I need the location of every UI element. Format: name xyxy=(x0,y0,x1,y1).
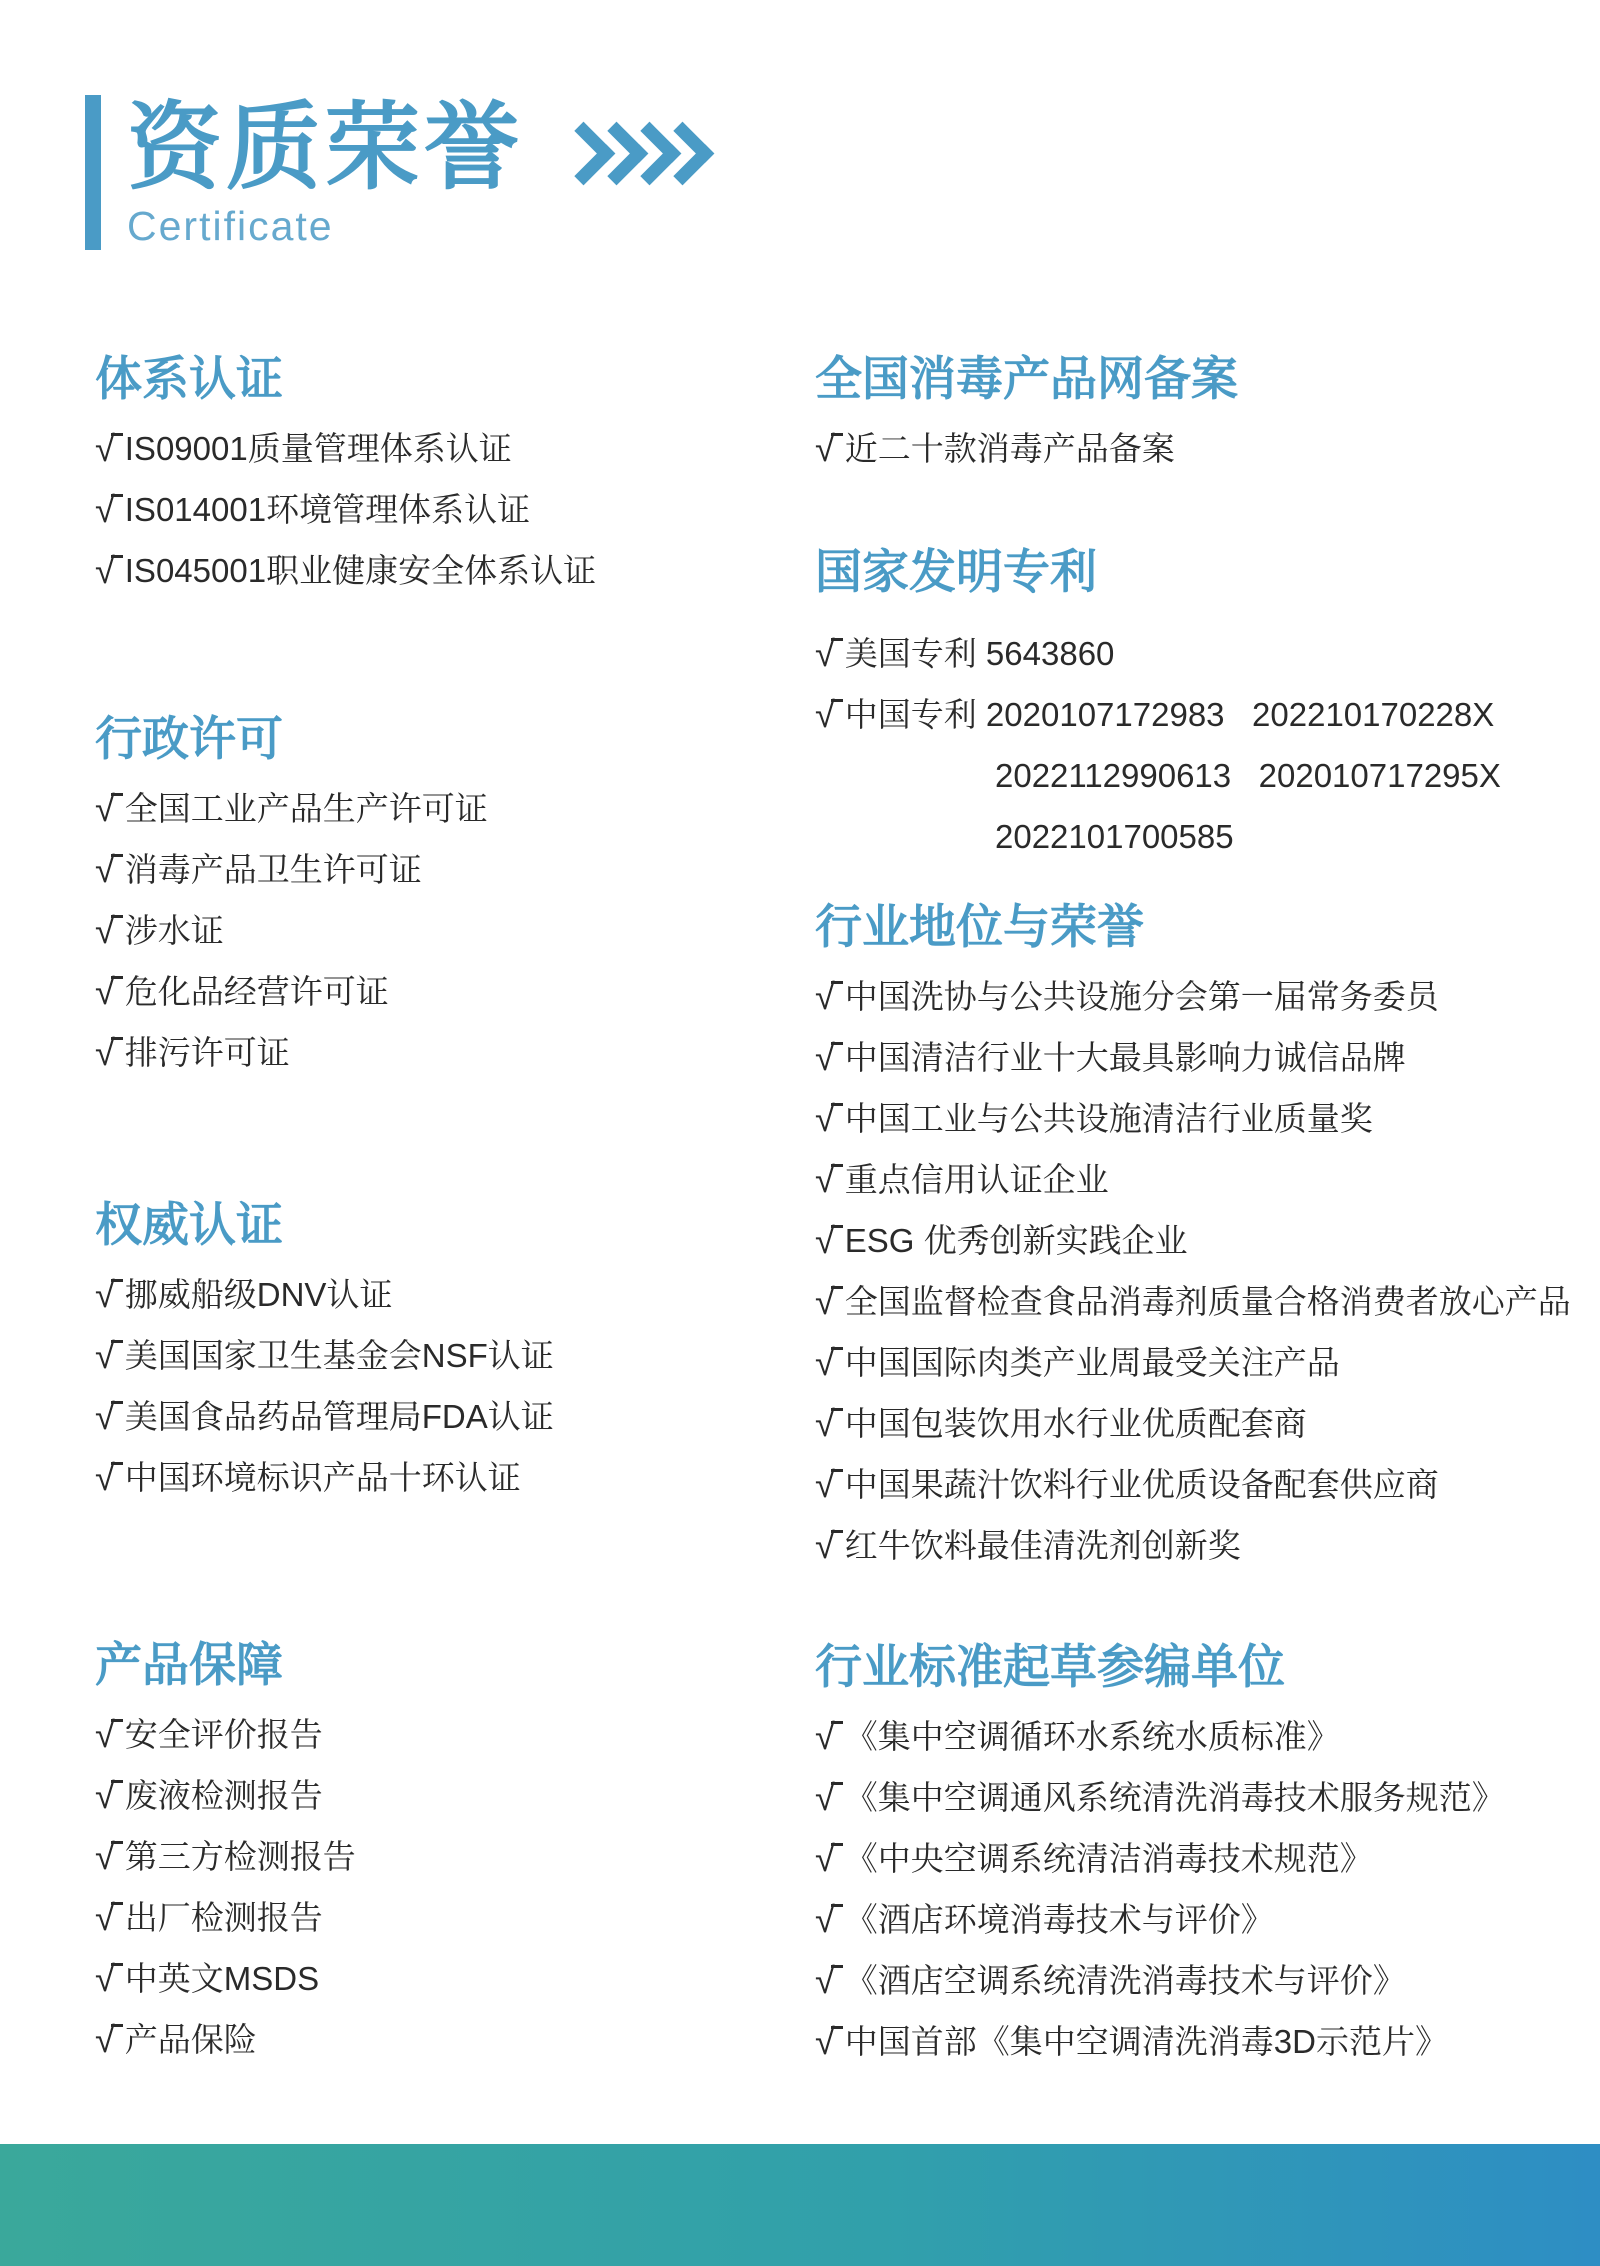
list-item: √IS09001质量管理体系认证 xyxy=(95,428,755,469)
check-icon: √ xyxy=(95,1274,115,1315)
item-text: 出厂检测报告 xyxy=(125,1897,323,1938)
check-icon: √ xyxy=(815,1281,835,1322)
item-text: 中国环境标识产品十环认证 xyxy=(125,1457,521,1498)
check-icon: √ xyxy=(815,1403,835,1444)
section-industry-status-honors: 行业地位与荣誉 √中国洗协与公共设施分会第一届常务委员√中国清洁行业十大最具影响… xyxy=(815,900,1575,1586)
check-icon: √ xyxy=(95,910,115,951)
list-item: √中国洗协与公共设施分会第一届常务委员 xyxy=(815,976,1575,1017)
check-icon: √ xyxy=(95,1897,115,1938)
item-text: 全国监督检查食品消毒剂质量合格消费者放心产品 xyxy=(845,1281,1571,1322)
section-items: √美国专利 5643860√中国专利 2020107172983 2022101… xyxy=(815,633,1575,857)
check-icon: √ xyxy=(95,1958,115,1999)
item-text: 近二十款消毒产品备案 xyxy=(845,428,1175,469)
list-item: √中国果蔬汁饮料行业优质设备配套供应商 xyxy=(815,1464,1575,1505)
list-item: √消毒产品卫生许可证 xyxy=(95,849,755,890)
list-item: √《酒店环境消毒技术与评价》 xyxy=(815,1899,1575,1940)
check-icon: √ xyxy=(815,633,835,674)
item-text: 美国食品药品管理局FDA认证 xyxy=(125,1396,554,1437)
check-icon: √ xyxy=(815,694,835,735)
section-disinfection-product-registration: 全国消毒产品网备案 √近二十款消毒产品备案 xyxy=(815,352,1575,489)
check-icon: √ xyxy=(815,1777,835,1818)
list-item: √IS045001职业健康安全体系认证 xyxy=(95,550,755,591)
section-items: √全国工业产品生产许可证√消毒产品卫生许可证√涉水证√危化品经营许可证√排污许可… xyxy=(95,788,755,1073)
page-header: 资质荣誉 Certificate xyxy=(85,95,705,250)
check-icon: √ xyxy=(815,2021,835,2062)
check-icon: √ xyxy=(815,1464,835,1505)
section-items: √近二十款消毒产品备案 xyxy=(815,428,1575,469)
section-title: 体系认证 xyxy=(95,352,755,406)
check-icon: √ xyxy=(815,1159,835,1200)
item-text: 中国包装饮用水行业优质配套商 xyxy=(845,1403,1307,1444)
section-items: √《集中空调循环水系统水质标准》√《集中空调通风系统清洗消毒技术服务规范》√《中… xyxy=(815,1716,1575,2062)
list-item: √《中央空调系统清洁消毒技术规范》 xyxy=(815,1838,1575,1879)
item-text: 中英文MSDS xyxy=(125,1958,319,1999)
item-text: IS09001质量管理体系认证 xyxy=(125,428,512,469)
check-icon: √ xyxy=(95,849,115,890)
check-icon: √ xyxy=(815,1716,835,1757)
item-text: 涉水证 xyxy=(125,910,224,951)
item-text: 《酒店空调系统清洗消毒技术与评价》 xyxy=(845,1960,1406,2001)
list-item: √中英文MSDS xyxy=(95,1958,755,1999)
check-icon: √ xyxy=(95,1032,115,1073)
check-icon: √ xyxy=(95,1396,115,1437)
section-title: 权威认证 xyxy=(95,1198,755,1252)
list-item: √第三方检测报告 xyxy=(95,1836,755,1877)
item-text: 中国清洁行业十大最具影响力诚信品牌 xyxy=(845,1037,1406,1078)
item-text: ESG 优秀创新实践企业 xyxy=(845,1220,1188,1261)
item-text: 中国洗协与公共设施分会第一届常务委员 xyxy=(845,976,1439,1017)
list-item: √《酒店空调系统清洗消毒技术与评价》 xyxy=(815,1960,1575,2001)
list-item: √涉水证 xyxy=(95,910,755,951)
certificate-page: 资质荣誉 Certificate 体系认证 √IS09001质量管理体系认证√I… xyxy=(0,0,1600,2266)
chevrons-right-icon xyxy=(561,131,705,176)
list-item: √美国专利 5643860 xyxy=(815,633,1575,674)
bottom-gradient-bar xyxy=(0,2144,1600,2266)
item-text: 中国果蔬汁饮料行业优质设备配套供应商 xyxy=(845,1464,1439,1505)
section-items: √IS09001质量管理体系认证√IS014001环境管理体系认证√IS0450… xyxy=(95,428,755,591)
item-text: 2022101700585 xyxy=(995,816,1234,857)
item-text: 《集中空调通风系统清洗消毒技术服务规范》 xyxy=(845,1777,1505,1818)
item-text: 排污许可证 xyxy=(125,1032,290,1073)
list-item: √ESG 优秀创新实践企业 xyxy=(815,1220,1575,1261)
item-text: 中国工业与公共设施清洁行业质量奖 xyxy=(845,1098,1373,1139)
section-system-certs: 体系认证 √IS09001质量管理体系认证√IS014001环境管理体系认证√I… xyxy=(95,352,755,611)
check-icon: √ xyxy=(815,1220,835,1261)
list-item: √美国食品药品管理局FDA认证 xyxy=(95,1396,755,1437)
check-icon: √ xyxy=(95,1714,115,1755)
check-icon: √ xyxy=(95,788,115,829)
list-item: √中国工业与公共设施清洁行业质量奖 xyxy=(815,1098,1575,1139)
list-item: √安全评价报告 xyxy=(95,1714,755,1755)
check-icon: √ xyxy=(95,550,115,591)
item-text: IS014001环境管理体系认证 xyxy=(125,489,530,530)
title-accent-bar xyxy=(85,95,101,250)
list-item: √挪威船级DNV认证 xyxy=(95,1274,755,1315)
page-title: 资质荣誉 xyxy=(127,95,523,201)
list-item: √危化品经营许可证 xyxy=(95,971,755,1012)
item-text: 挪威船级DNV认证 xyxy=(125,1274,393,1315)
check-icon: √ xyxy=(815,1899,835,1940)
check-icon: √ xyxy=(95,489,115,530)
section-title: 国家发明专利 xyxy=(815,545,1575,599)
check-icon: √ xyxy=(95,1335,115,1376)
item-text: 安全评价报告 xyxy=(125,1714,323,1755)
check-icon: √ xyxy=(95,428,115,469)
section-title: 全国消毒产品网备案 xyxy=(815,352,1575,406)
list-item: √IS014001环境管理体系认证 xyxy=(95,489,755,530)
check-icon: √ xyxy=(95,971,115,1012)
item-text: 红牛饮料最佳清洗剂创新奖 xyxy=(845,1525,1241,1566)
section-title: 行政许可 xyxy=(95,712,755,766)
check-icon: √ xyxy=(95,1836,115,1877)
section-product-assurance: 产品保障 √安全评价报告√废液检测报告√第三方检测报告√出厂检测报告√中英文MS… xyxy=(95,1638,755,2080)
item-text: 危化品经营许可证 xyxy=(125,971,389,1012)
section-items: √安全评价报告√废液检测报告√第三方检测报告√出厂检测报告√中英文MSDS√产品… xyxy=(95,1714,755,2060)
check-icon: √ xyxy=(815,428,835,469)
item-text: 2022112990613 202010717295X xyxy=(995,755,1501,796)
title-texts: 资质荣誉 Certificate xyxy=(127,95,705,250)
item-text: 《中央空调系统清洁消毒技术规范》 xyxy=(845,1838,1373,1879)
section-items: √中国洗协与公共设施分会第一届常务委员√中国清洁行业十大最具影响力诚信品牌√中国… xyxy=(815,976,1575,1566)
item-text: IS045001职业健康安全体系认证 xyxy=(125,550,596,591)
item-text: 第三方检测报告 xyxy=(125,1836,356,1877)
check-icon: √ xyxy=(815,1525,835,1566)
section-industry-standards-drafting: 行业标准起草参编单位 √《集中空调循环水系统水质标准》√《集中空调通风系统清洗消… xyxy=(815,1640,1575,2082)
list-item: √中国环境标识产品十环认证 xyxy=(95,1457,755,1498)
list-item: √中国国际肉类产业周最受关注产品 xyxy=(815,1342,1575,1383)
list-item: √红牛饮料最佳清洗剂创新奖 xyxy=(815,1525,1575,1566)
list-item: √排污许可证 xyxy=(95,1032,755,1073)
item-text: 消毒产品卫生许可证 xyxy=(125,849,422,890)
item-text: 全国工业产品生产许可证 xyxy=(125,788,488,829)
list-item: 2022101700585 xyxy=(815,816,1575,857)
check-icon: √ xyxy=(815,1342,835,1383)
section-title: 行业标准起草参编单位 xyxy=(815,1640,1575,1694)
section-title: 产品保障 xyxy=(95,1638,755,1692)
item-text: 中国专利 2020107172983 202210170228X xyxy=(845,694,1495,735)
list-item: √近二十款消毒产品备案 xyxy=(815,428,1575,469)
item-text: 《集中空调循环水系统水质标准》 xyxy=(845,1716,1340,1757)
list-item: √中国清洁行业十大最具影响力诚信品牌 xyxy=(815,1037,1575,1078)
item-text: 废液检测报告 xyxy=(125,1775,323,1816)
check-icon: √ xyxy=(815,1838,835,1879)
list-item: √重点信用认证企业 xyxy=(815,1159,1575,1200)
title-row: 资质荣誉 xyxy=(127,95,705,201)
section-national-invention-patents: 国家发明专利 √美国专利 5643860√中国专利 2020107172983 … xyxy=(815,545,1575,877)
list-item: √中国专利 2020107172983 202210170228X xyxy=(815,694,1575,735)
section-items: √挪威船级DNV认证√美国国家卫生基金会NSF认证√美国食品药品管理局FDA认证… xyxy=(95,1274,755,1498)
item-text: 美国专利 5643860 xyxy=(845,633,1115,674)
list-item: √出厂检测报告 xyxy=(95,1897,755,1938)
list-item: 2022112990613 202010717295X xyxy=(815,755,1575,796)
list-item: √中国包装饮用水行业优质配套商 xyxy=(815,1403,1575,1444)
check-icon: √ xyxy=(815,976,835,1017)
item-text: 美国国家卫生基金会NSF认证 xyxy=(125,1335,554,1376)
check-icon: √ xyxy=(95,2019,115,2060)
check-icon: √ xyxy=(815,1960,835,2001)
chevron-right-icon xyxy=(651,121,715,185)
list-item: √中国首部《集中空调清洗消毒3D示范片》 xyxy=(815,2021,1575,2062)
check-icon: √ xyxy=(95,1457,115,1498)
list-item: √全国监督检查食品消毒剂质量合格消费者放心产品 xyxy=(815,1281,1575,1322)
item-text: 中国国际肉类产业周最受关注产品 xyxy=(845,1342,1340,1383)
list-item: √《集中空调通风系统清洗消毒技术服务规范》 xyxy=(815,1777,1575,1818)
check-icon: √ xyxy=(95,1775,115,1816)
section-authority-certs: 权威认证 √挪威船级DNV认证√美国国家卫生基金会NSF认证√美国食品药品管理局… xyxy=(95,1198,755,1518)
item-text: 重点信用认证企业 xyxy=(845,1159,1109,1200)
list-item: √废液检测报告 xyxy=(95,1775,755,1816)
list-item: √《集中空调循环水系统水质标准》 xyxy=(815,1716,1575,1757)
check-icon: √ xyxy=(815,1098,835,1139)
item-text: 中国首部《集中空调清洗消毒3D示范片》 xyxy=(845,2021,1448,2062)
page-subtitle: Certificate xyxy=(127,203,705,250)
section-title: 行业地位与荣誉 xyxy=(815,900,1575,954)
check-icon: √ xyxy=(815,1037,835,1078)
item-text: 《酒店环境消毒技术与评价》 xyxy=(845,1899,1274,1940)
section-admin-licenses: 行政许可 √全国工业产品生产许可证√消毒产品卫生许可证√涉水证√危化品经营许可证… xyxy=(95,712,755,1093)
list-item: √产品保险 xyxy=(95,2019,755,2060)
item-text: 产品保险 xyxy=(125,2019,257,2060)
list-item: √美国国家卫生基金会NSF认证 xyxy=(95,1335,755,1376)
list-item: √全国工业产品生产许可证 xyxy=(95,788,755,829)
